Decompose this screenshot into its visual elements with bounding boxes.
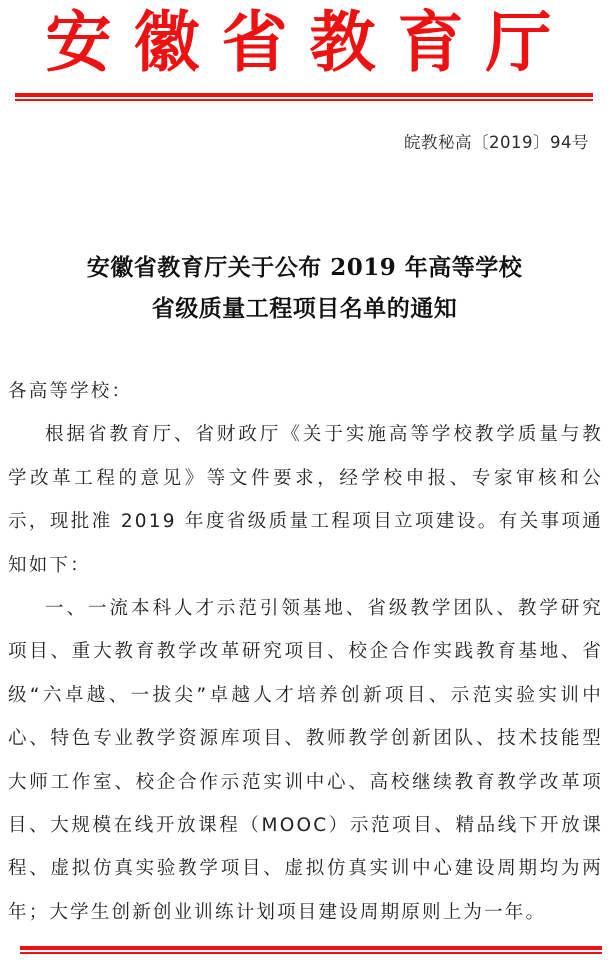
document-title: 安徽省教育厅关于公布 2019 年高等学校 省级质量工程项目名单的通知: [0, 247, 609, 329]
masthead-red-rule: [15, 93, 593, 101]
footer-red-rule: [20, 946, 602, 954]
paragraph-item-1: 一、一流本科人才示范引领基地、省级教学团队、教学研究项目、重大教育教学改革研究项…: [8, 587, 603, 934]
document-title-line-1: 安徽省教育厅关于公布 2019 年高等学校: [0, 247, 609, 288]
document-body: 各高等学校： 根据省教育厅、省财政厅《关于实施高等学校教学质量与教学改革工程的意…: [8, 370, 603, 934]
masthead-title: 安徽省教育厅: [0, 4, 609, 80]
salutation: 各高等学校：: [8, 370, 603, 413]
document-number: 皖教秘高〔2019〕94号: [404, 131, 589, 155]
document-title-line-2: 省级质量工程项目名单的通知: [0, 288, 609, 329]
paragraph-intro: 根据省教育厅、省财政厅《关于实施高等学校教学质量与教学改革工程的意见》等文件要求…: [8, 413, 603, 587]
